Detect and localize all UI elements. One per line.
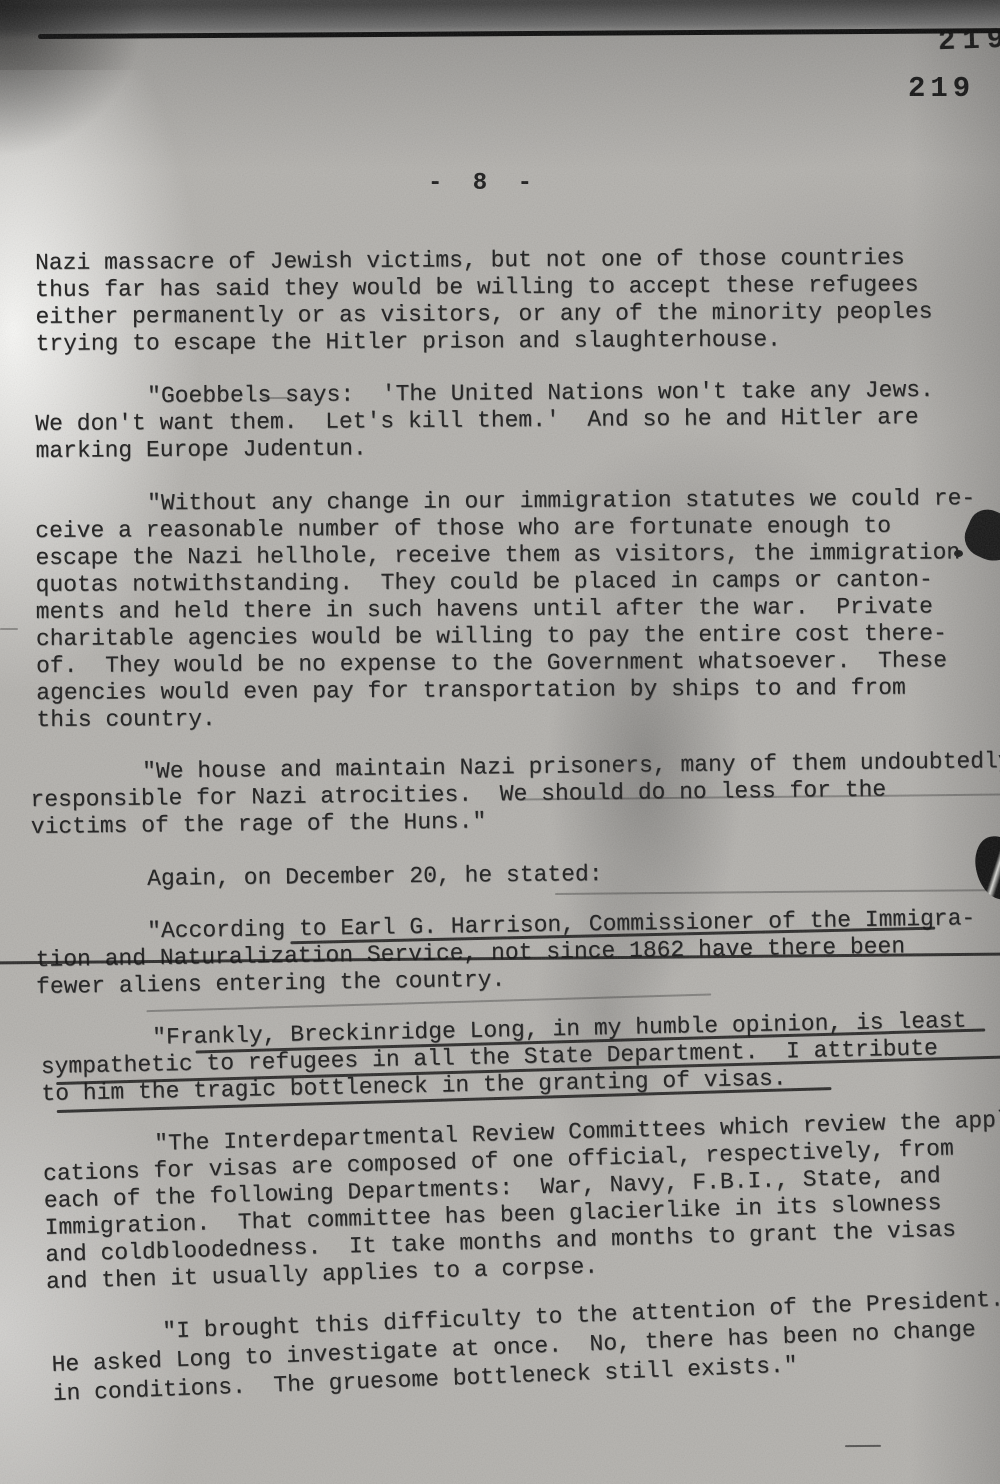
document-body: Nazi massacre of Jewish victims, but not… — [0, 250, 1000, 1435]
paragraph: "I brought this difficulty to the attent… — [50, 1284, 1000, 1409]
paragraph: "Without any change in our immigration s… — [35, 485, 1000, 734]
text-line: Again, on December 20, he stated: — [35, 856, 1000, 894]
scanned-document-page: 219 219 - 8 - Nazi massacre of Jewish vi… — [0, 0, 1000, 1484]
ink-speck — [954, 550, 963, 557]
paragraph: "Goebbels says: 'The United Nations won'… — [35, 376, 1000, 465]
paragraph: Again, on December 20, he stated: — [35, 856, 1000, 894]
page-marker: - 8 - — [428, 170, 540, 197]
page-number: 219 — [908, 72, 975, 105]
paragraph: "The Interdepartmental Review Committees… — [42, 1106, 1000, 1296]
text-line: trying to escape the Hitler prison and s… — [35, 325, 1000, 358]
text-line: this country. — [36, 701, 1000, 734]
paragraph: "Frankly, Breckinridge Long, in my humbl… — [40, 1006, 1000, 1108]
pencil-dash — [0, 628, 18, 630]
scan-corner-shadow — [0, 0, 160, 170]
paragraph: "According to Earl G. Harrison, Commissi… — [35, 904, 1000, 1001]
pencil-dash — [262, 397, 292, 399]
pencil-dash — [845, 1445, 881, 1447]
paragraph: Nazi massacre of Jewish victims, but not… — [35, 244, 1000, 358]
